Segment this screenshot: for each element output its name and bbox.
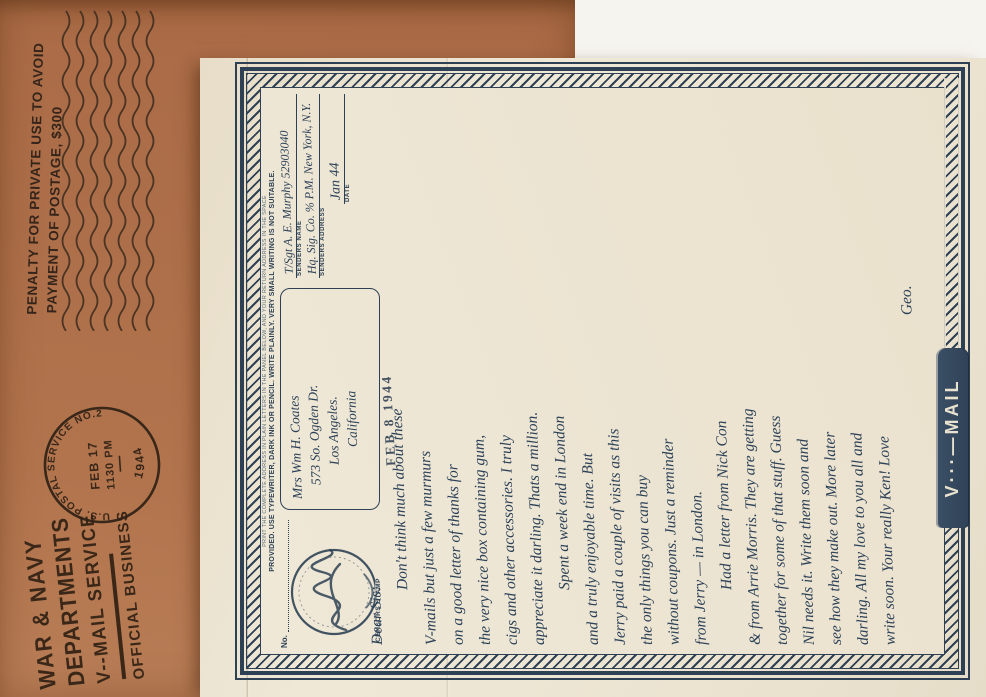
form-instructions: PROVIDED. USE TYPEWRITER, DARK INK OR PE… (269, 94, 276, 648)
sender-address-field: Hq. Sig. Co. % P.M. New York, N.Y. SENDE… (305, 94, 326, 278)
vmail-form: PRINT THE COMPLETE ADDRESS IN PLAIN LETT… (235, 62, 970, 680)
postmark-year: 1944 (129, 444, 149, 481)
scanned-vmail-photo: WAR & NAVY DEPARTMENTS V--MAIL SERVICE O… (0, 0, 986, 697)
form-inner-area: PRINT THE COMPLETE ADDRESS IN PLAIN LETT… (260, 87, 945, 655)
date-value: Jan 44 (325, 94, 345, 204)
form-instructions-small: PRINT THE COMPLETE ADDRESS IN PLAIN LETT… (262, 98, 268, 644)
vmail-letter-sheet: PRINT THE COMPLETE ADDRESS IN PLAIN LETT… (200, 58, 986, 697)
sender-address-label: SENDERS ADDRESS (320, 94, 326, 278)
letter-body: Dear Sis:Don't think much about theseV-m… (364, 88, 931, 645)
vmail-logo-text: V···―MAIL (942, 379, 963, 498)
svg-text:1944: 1944 (129, 444, 149, 481)
form-border: PRINT THE COMPLETE ADDRESS IN PLAIN LETT… (240, 67, 965, 675)
vmail-logo: V···―MAIL (936, 348, 969, 528)
postmark-date: FEB 17 (85, 441, 102, 490)
form-hatch-border: PRINT THE COMPLETE ADDRESS IN PLAIN LETT… (246, 73, 959, 669)
vmail-form-rotor: PRINT THE COMPLETE ADDRESS IN PLAIN LETT… (235, 62, 970, 680)
vmail-logo-rules (944, 78, 960, 348)
postmark-time: 1130 PM (102, 439, 117, 490)
cancellation-wave-lines (60, 0, 160, 331)
postmark-killer-bar (119, 456, 120, 472)
sender-name-value: T/Sgt A. E. Murphy 52903040 (276, 94, 297, 278)
censor-signature-squiggle (312, 550, 346, 630)
postmark-stamp: U.S. POSTAL SERVICE NO.2 1944 FEB 17 113… (36, 399, 168, 531)
